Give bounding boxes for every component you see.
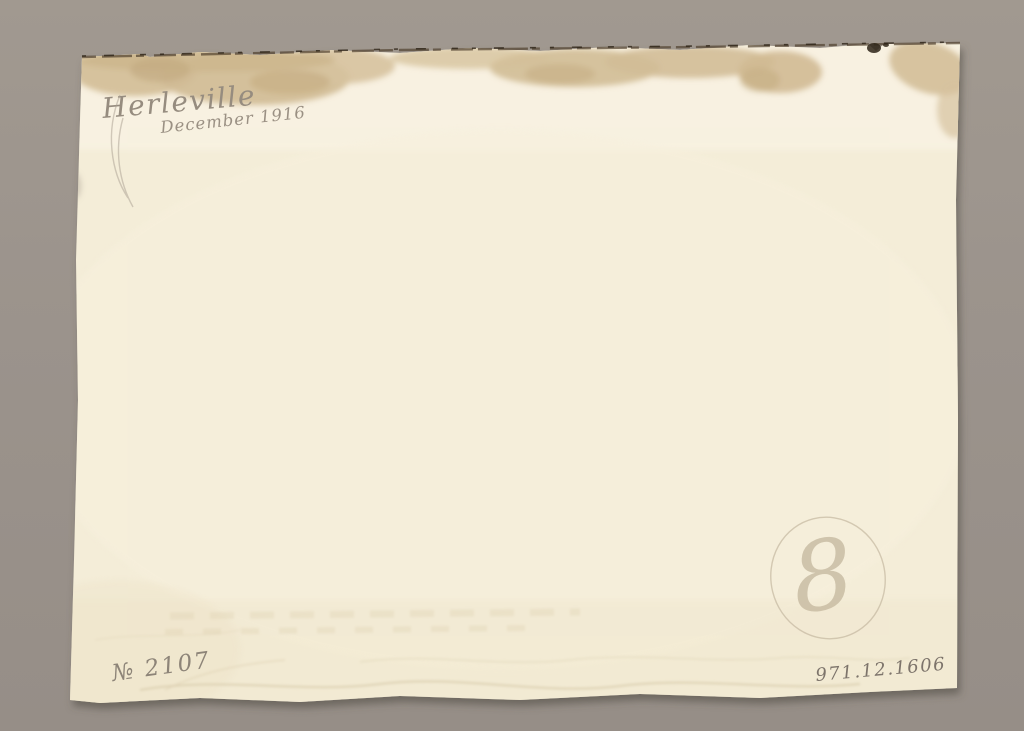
scan-image: Herleville December 1916 № 2107 971.12.1… [0, 0, 1024, 731]
photo-verso-scene: Herleville December 1916 № 2107 971.12.1… [0, 0, 1024, 731]
